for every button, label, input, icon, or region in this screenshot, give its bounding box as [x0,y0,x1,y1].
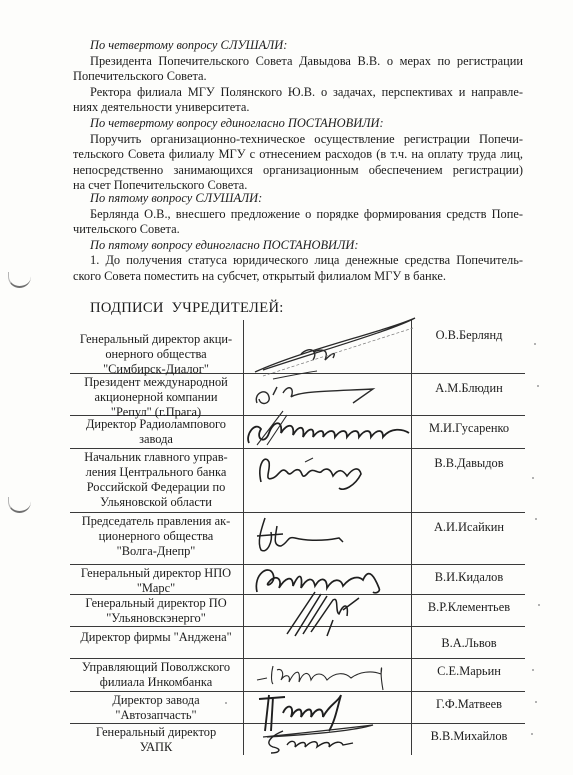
position-line: акционерной компании [70,390,242,405]
position-line: Директор Радиолампового [70,417,242,432]
founder-name: А.И.Исайкин [413,520,525,535]
position-cell: Начальник главного управ- ления Централь… [70,450,242,510]
scan-speck [535,518,537,520]
position-cell: Генеральный директор акци- онерного обще… [70,332,242,377]
position-cell: Генеральный директор УАПК [70,725,242,755]
position-line: Начальник главного управ- [70,450,242,465]
table-row: Генеральный директор ПО "Ульяновскэнерго… [70,594,525,627]
signature-cell [243,448,411,512]
position-line: "Ульяновскэнерго" [70,611,242,626]
founder-name: О.В.Берлянд [413,328,525,343]
table-row: Директор фирмы "Анджена" В.А.Львов [70,626,525,659]
scan-speck [531,733,533,735]
section-4: По четвертому вопросу СЛУШАЛИ: Президент… [73,38,523,194]
hole-punch-mark-bottom [8,497,31,513]
position-line: ционерного общества [70,529,242,544]
position-line: Президент международной [70,375,242,390]
position-line: Российской Федерации по [70,480,242,495]
section-4-heard-heading: По четвертому вопросу СЛУШАЛИ: [73,38,523,54]
section-5-heard-heading: По пятому вопросу СЛУШАЛИ: [73,191,523,207]
signature-cell [243,691,411,723]
signature-cell [243,723,411,755]
founder-name: В.И.Кидалов [413,570,525,585]
signature-cell-empty [243,626,411,658]
position-line: ления Центрального банка [70,465,242,480]
founder-name: Г.Ф.Матвеев [413,697,525,712]
section-5-resolved-line-1: 1. До получения статуса юридического лиц… [73,253,523,269]
section-4-heard-item-2-line-1: Ректора филиала МГУ Полянского Ю.В. о за… [73,85,523,101]
position-line: онерного общества [70,347,242,362]
signatures-title: ПОДПИСИ УЧРЕДИТЕЛЕЙ: [90,300,284,317]
table-row: Генеральный директор акци- онерного обще… [70,320,525,374]
signature-cell [243,373,411,415]
position-line: Управляющий Поволжского [70,660,242,675]
position-line: Директор фирмы "Анджена" [70,630,242,645]
section-5-resolved-heading: По пятому вопросу единогласно ПОСТАНОВИЛ… [73,238,523,254]
section-4-resolved-line-3: непосредственно занимающихся организацио… [73,163,523,179]
section-5: По пятому вопросу СЛУШАЛИ: Берлянда О.В.… [73,191,523,285]
section-5-heard-line-1: Берлянда О.В., внесшего предложение о по… [73,207,523,223]
position-cell: Генеральный директор ПО "Ульяновскэнерго… [70,596,242,626]
position-line: Генеральный директор [70,725,242,740]
section-4-heard-item-1-line-1: Президента Попечительского Совета Давыдо… [73,54,523,70]
position-line: "Волга-Днепр" [70,544,242,559]
section-4-heard-item-2-line-2: ниях деятельности университета. [73,100,523,116]
founder-name: С.Е.Марьин [413,664,525,679]
signature-cell [243,594,411,626]
table-row: Директор завода "Автозапчасть" Г.Ф.Матве… [70,691,525,724]
founder-name: В.Р.Клементьев [413,600,525,615]
signature-cell [243,415,411,448]
position-line: Генеральный директор акци- [70,332,242,347]
table-row: Генеральный директор НПО "Марс" В.И.Кида… [70,564,525,595]
position-cell: Директор Радиолампового завода [70,417,242,447]
signature-cell [243,320,411,373]
position-line: Генеральный директор ПО [70,596,242,611]
scan-speck [532,477,534,479]
founder-name: М.И.Гусаренко [413,421,525,436]
position-line: Директор завода [70,693,242,708]
table-row: Начальник главного управ- ления Централь… [70,448,525,513]
position-line: УАПК [70,740,242,755]
section-5-resolved-line-2: ского Совета поместить на субсчет, откры… [73,269,523,285]
section-4-resolved-heading: По четвертому вопросу единогласно ПОСТАН… [73,116,523,132]
position-cell: Директор завода "Автозапчасть" [70,693,242,723]
table-row: Президент международной акционерной комп… [70,373,525,416]
position-cell: Управляющий Поволжского филиала Инкомбан… [70,660,242,690]
section-5-heard-line-2: чительского Совета. [73,222,523,238]
signature-cell [243,658,411,691]
table-row: Председатель правления ак- ционерного об… [70,512,525,565]
scan-speck [537,385,539,387]
section-4-heard-item-1-line-2: Попечительского Совета. [73,69,523,85]
table-row: Директор Радиолампового завода М.И.Гусар… [70,415,525,449]
founder-name: В.В.Михайлов [413,729,525,744]
position-line: "Автозапчасть" [70,708,242,723]
scan-speck [534,343,536,345]
position-cell: Генеральный директор НПО "Марс" [70,566,242,596]
position-cell: Председатель правления ак- ционерного об… [70,514,242,559]
section-4-resolved-line-1: Поручить организационно-техническое осущ… [73,132,523,148]
founder-name: В.А.Львов [413,636,525,651]
founder-name: В.В.Давыдов [413,456,525,471]
signature-cell [243,512,411,564]
section-4-resolved-line-2: тельского Совета филиалу МГУ с отнесение… [73,147,523,163]
position-line: Председатель правления ак- [70,514,242,529]
table-row: Генеральный директор УАПК В.В.Михайлов [70,723,525,755]
position-cell: Директор фирмы "Анджена" [70,630,242,645]
position-line: Генеральный директор НПО [70,566,242,581]
signature-cell [243,564,411,594]
position-cell: Президент международной акционерной комп… [70,375,242,420]
position-line: Ульяновской области [70,495,242,510]
table-row: Управляющий Поволжского филиала Инкомбан… [70,658,525,692]
position-line: филиала Инкомбанка [70,675,242,690]
founder-name: А.М.Блюдин [413,381,525,396]
scan-speck [538,604,540,606]
scan-speck [225,702,227,704]
scan-speck [535,701,537,703]
document-page: По четвертому вопросу СЛУШАЛИ: Президент… [0,0,573,775]
hole-punch-mark-top [8,272,31,288]
scan-speck [532,669,534,671]
position-line: завода [70,432,242,447]
